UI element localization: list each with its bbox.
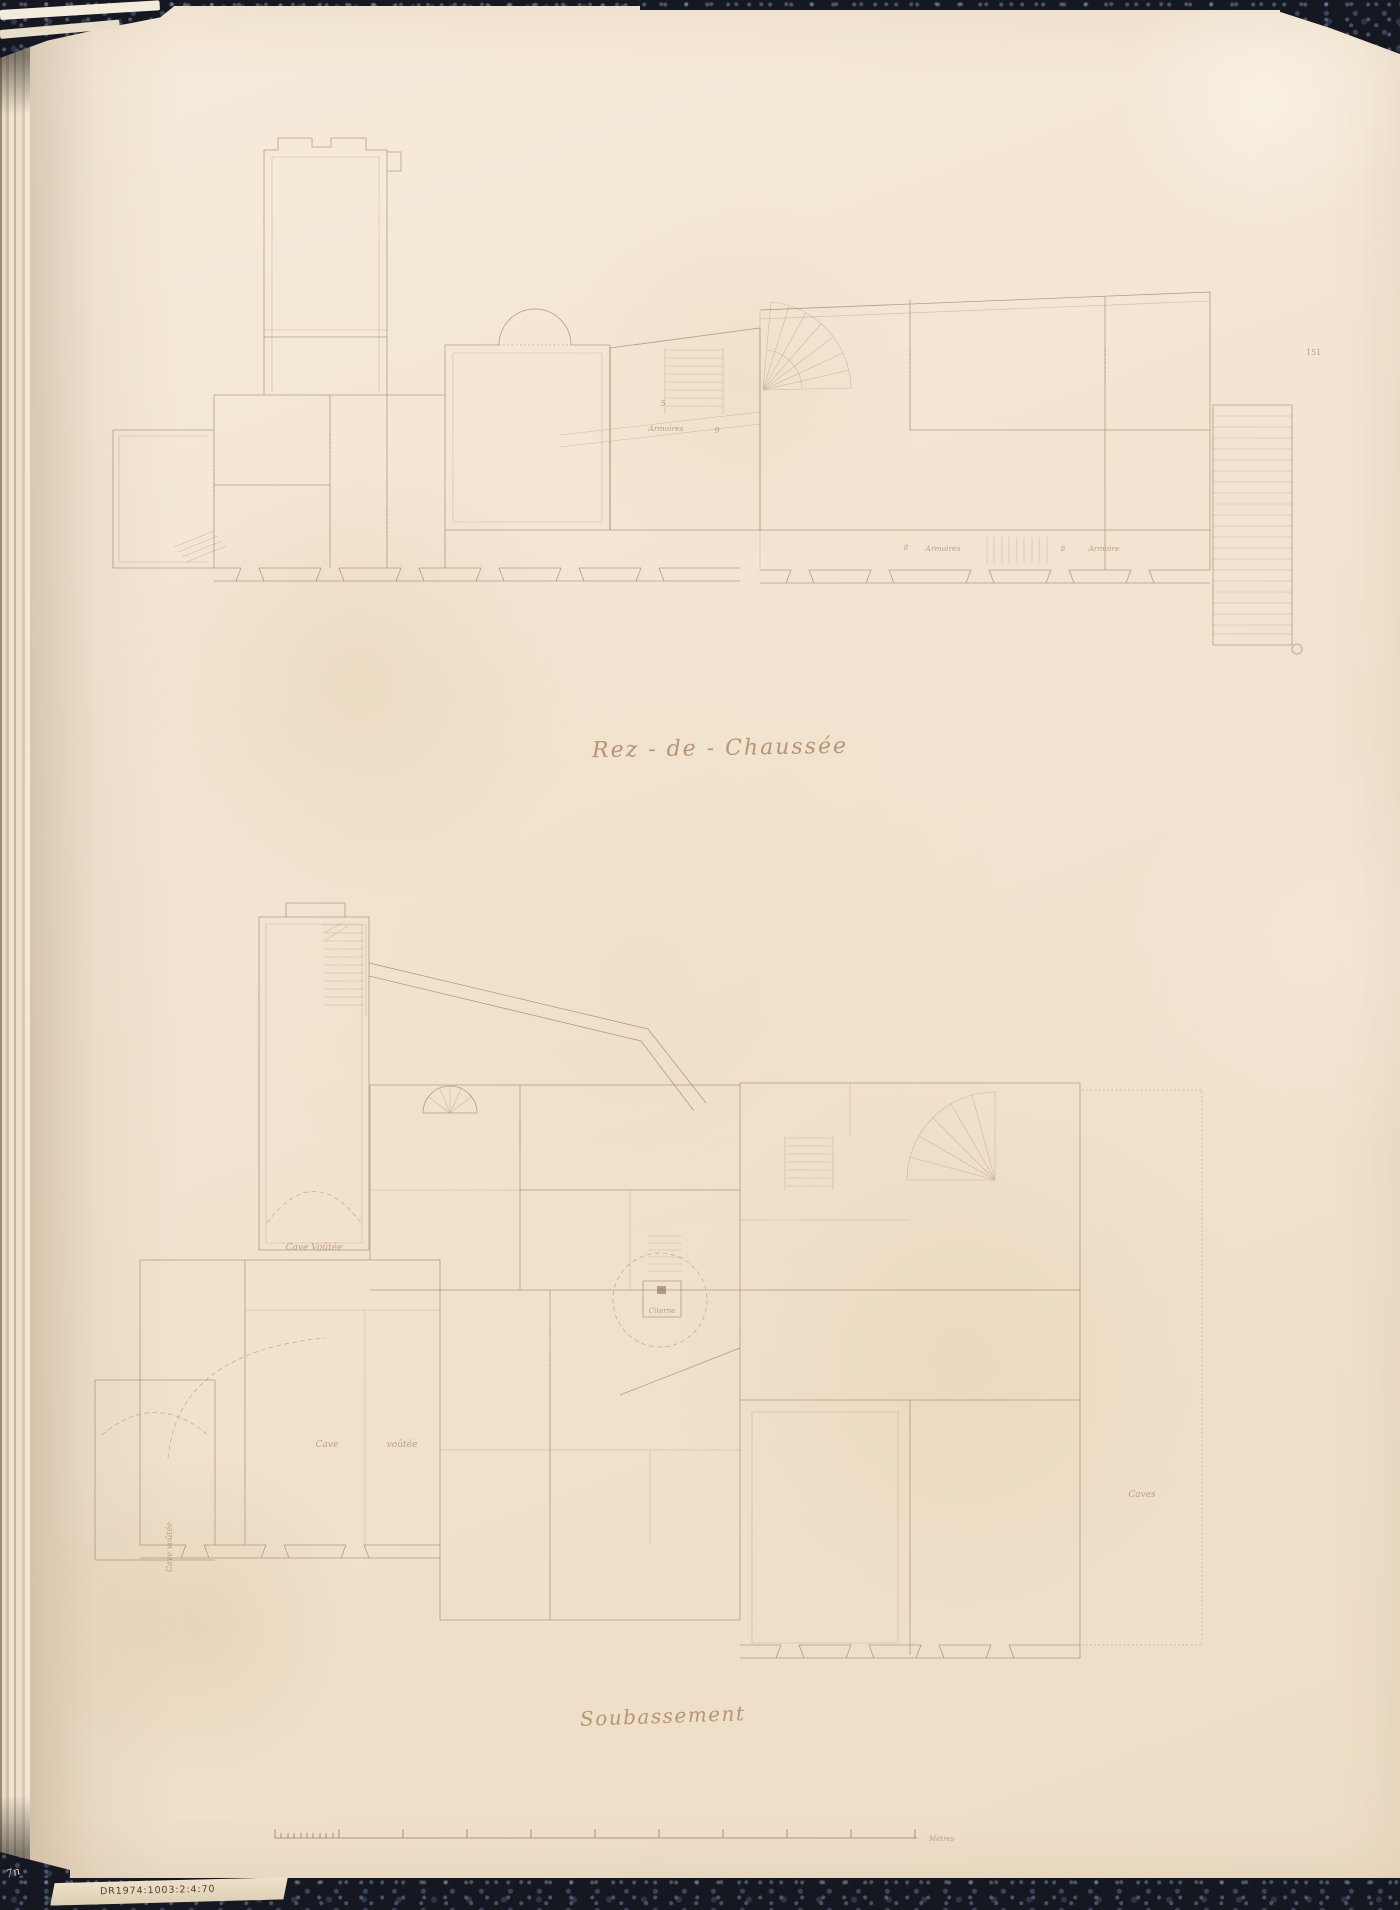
garden-stair-outline — [1213, 405, 1292, 645]
mid-block — [370, 1085, 740, 1290]
south-wall-windows — [214, 568, 1210, 583]
vault-swing-arc — [168, 1338, 325, 1458]
garden-stair-post — [1292, 644, 1302, 654]
left-annex — [113, 430, 226, 568]
basement-apse — [423, 1086, 477, 1113]
cistern-label: Citerne — [649, 1307, 676, 1315]
number-5-label: 5 — [660, 399, 665, 408]
dashed-projection-outline — [1082, 1090, 1202, 1645]
cellar-inner-wall — [752, 1412, 898, 1643]
mid-block-partitions — [370, 1190, 630, 1290]
grand-hall — [445, 309, 610, 568]
number-8-right-label: 8 — [1061, 545, 1066, 553]
south-wall-left-splays — [236, 568, 664, 581]
tower — [264, 138, 401, 395]
diagonal-passage — [369, 963, 706, 1111]
tower-walls — [259, 917, 369, 1250]
vault-arc — [267, 1192, 361, 1224]
straight-stair-treads — [665, 348, 723, 414]
west-rooms — [214, 395, 445, 568]
tower-stub — [286, 903, 345, 917]
caves-label: Caves — [1128, 1490, 1156, 1500]
far-left-cellar — [95, 1380, 215, 1560]
corridor-stair-treads — [987, 537, 1047, 563]
far-left-walls — [95, 1380, 215, 1560]
tower-inner-wall — [272, 157, 379, 392]
ground-floor-title: Rez - de - Chaussée — [592, 734, 848, 763]
west-room-walls — [214, 395, 445, 568]
armoires-left-label: Armoires — [925, 544, 961, 553]
voutee-word-label: voûtée — [387, 1439, 418, 1450]
right-block-walls — [760, 292, 1210, 570]
west-door-openings — [330, 430, 387, 538]
hall-inner-wall — [453, 353, 602, 522]
stacked-page-edges — [0, 0, 30, 1910]
right-block-walls — [740, 1083, 1080, 1658]
scale-minor-ticks — [281, 1833, 333, 1838]
center-cellar-partitions — [440, 1450, 740, 1545]
garden-stair-treads — [1213, 416, 1292, 634]
armoires-center-label: Armoires — [648, 424, 684, 433]
winder-stair — [763, 302, 851, 390]
annex-steps — [174, 531, 226, 562]
tower-inner-wall — [266, 924, 362, 1243]
annex-inner-wall — [119, 436, 208, 562]
winder-arcs — [767, 302, 851, 388]
mid-block-walls — [370, 1085, 740, 1290]
basement-tower — [259, 903, 369, 1250]
annex-walls — [113, 430, 214, 568]
center-cellars — [440, 1290, 740, 1620]
armoire-right-label: Armoire — [1087, 544, 1120, 553]
left-wing-south-splays — [181, 1545, 369, 1558]
stair-treads — [324, 923, 364, 1005]
tower-stub — [387, 152, 401, 171]
far-left-vault-arc — [102, 1413, 208, 1436]
cave-word-label: Cave — [316, 1440, 339, 1450]
scale-bar: Mètres — [255, 1816, 975, 1856]
tower-crenellated-outline — [264, 138, 387, 395]
cistern-dashed-circle — [613, 1253, 707, 1347]
scale-major-ticks — [275, 1829, 915, 1838]
scanned-album-page: 5 Armoires 9 8 Armoires 8 Armoire Rez - … — [0, 0, 1400, 1910]
hall-walls — [445, 345, 610, 568]
left-wing-partitions — [245, 1310, 440, 1545]
basement-annotations: Cave Voûtée Cave voûtée Cave voûtée — [165, 1242, 417, 1572]
number-8-left-label: 8 — [904, 544, 909, 552]
ground-floor-plan-drawing: 5 Armoires 9 8 Armoires 8 Armoire — [100, 100, 1320, 780]
south-wall-right-splays — [786, 570, 1154, 583]
garden-stair — [1213, 405, 1302, 654]
tower-stair — [322, 923, 366, 1015]
passage-walls — [369, 963, 706, 1111]
south-wall-splays — [776, 1645, 1014, 1658]
winder-fan-lines — [763, 302, 851, 390]
folio-number: 151 — [1306, 348, 1321, 357]
cave-voutee-left-label: Cave voûtée — [165, 1522, 174, 1572]
winder-fan — [907, 1092, 995, 1180]
number-9-label: 9 — [714, 426, 719, 435]
right-door-openings — [910, 350, 1105, 380]
stair-walls — [322, 925, 366, 1015]
scale-unit-label: Mètres — [928, 1835, 955, 1843]
basement-right-block — [740, 1083, 1080, 1658]
apse-arc — [499, 309, 571, 345]
basement-plan-drawing: Citerne Caves — [90, 890, 1250, 1690]
right-block-partitions — [740, 1083, 910, 1220]
cistern: Citerne — [613, 1253, 707, 1347]
straight-stair — [785, 1136, 833, 1190]
cave-voutee-tower-label: Cave Voûtée — [286, 1242, 343, 1253]
right-block — [760, 292, 1210, 570]
south-wall-right-segments — [760, 570, 1210, 583]
center-cellar-walls — [440, 1290, 740, 1620]
unexcavated-projection: Caves — [1082, 1090, 1202, 1645]
